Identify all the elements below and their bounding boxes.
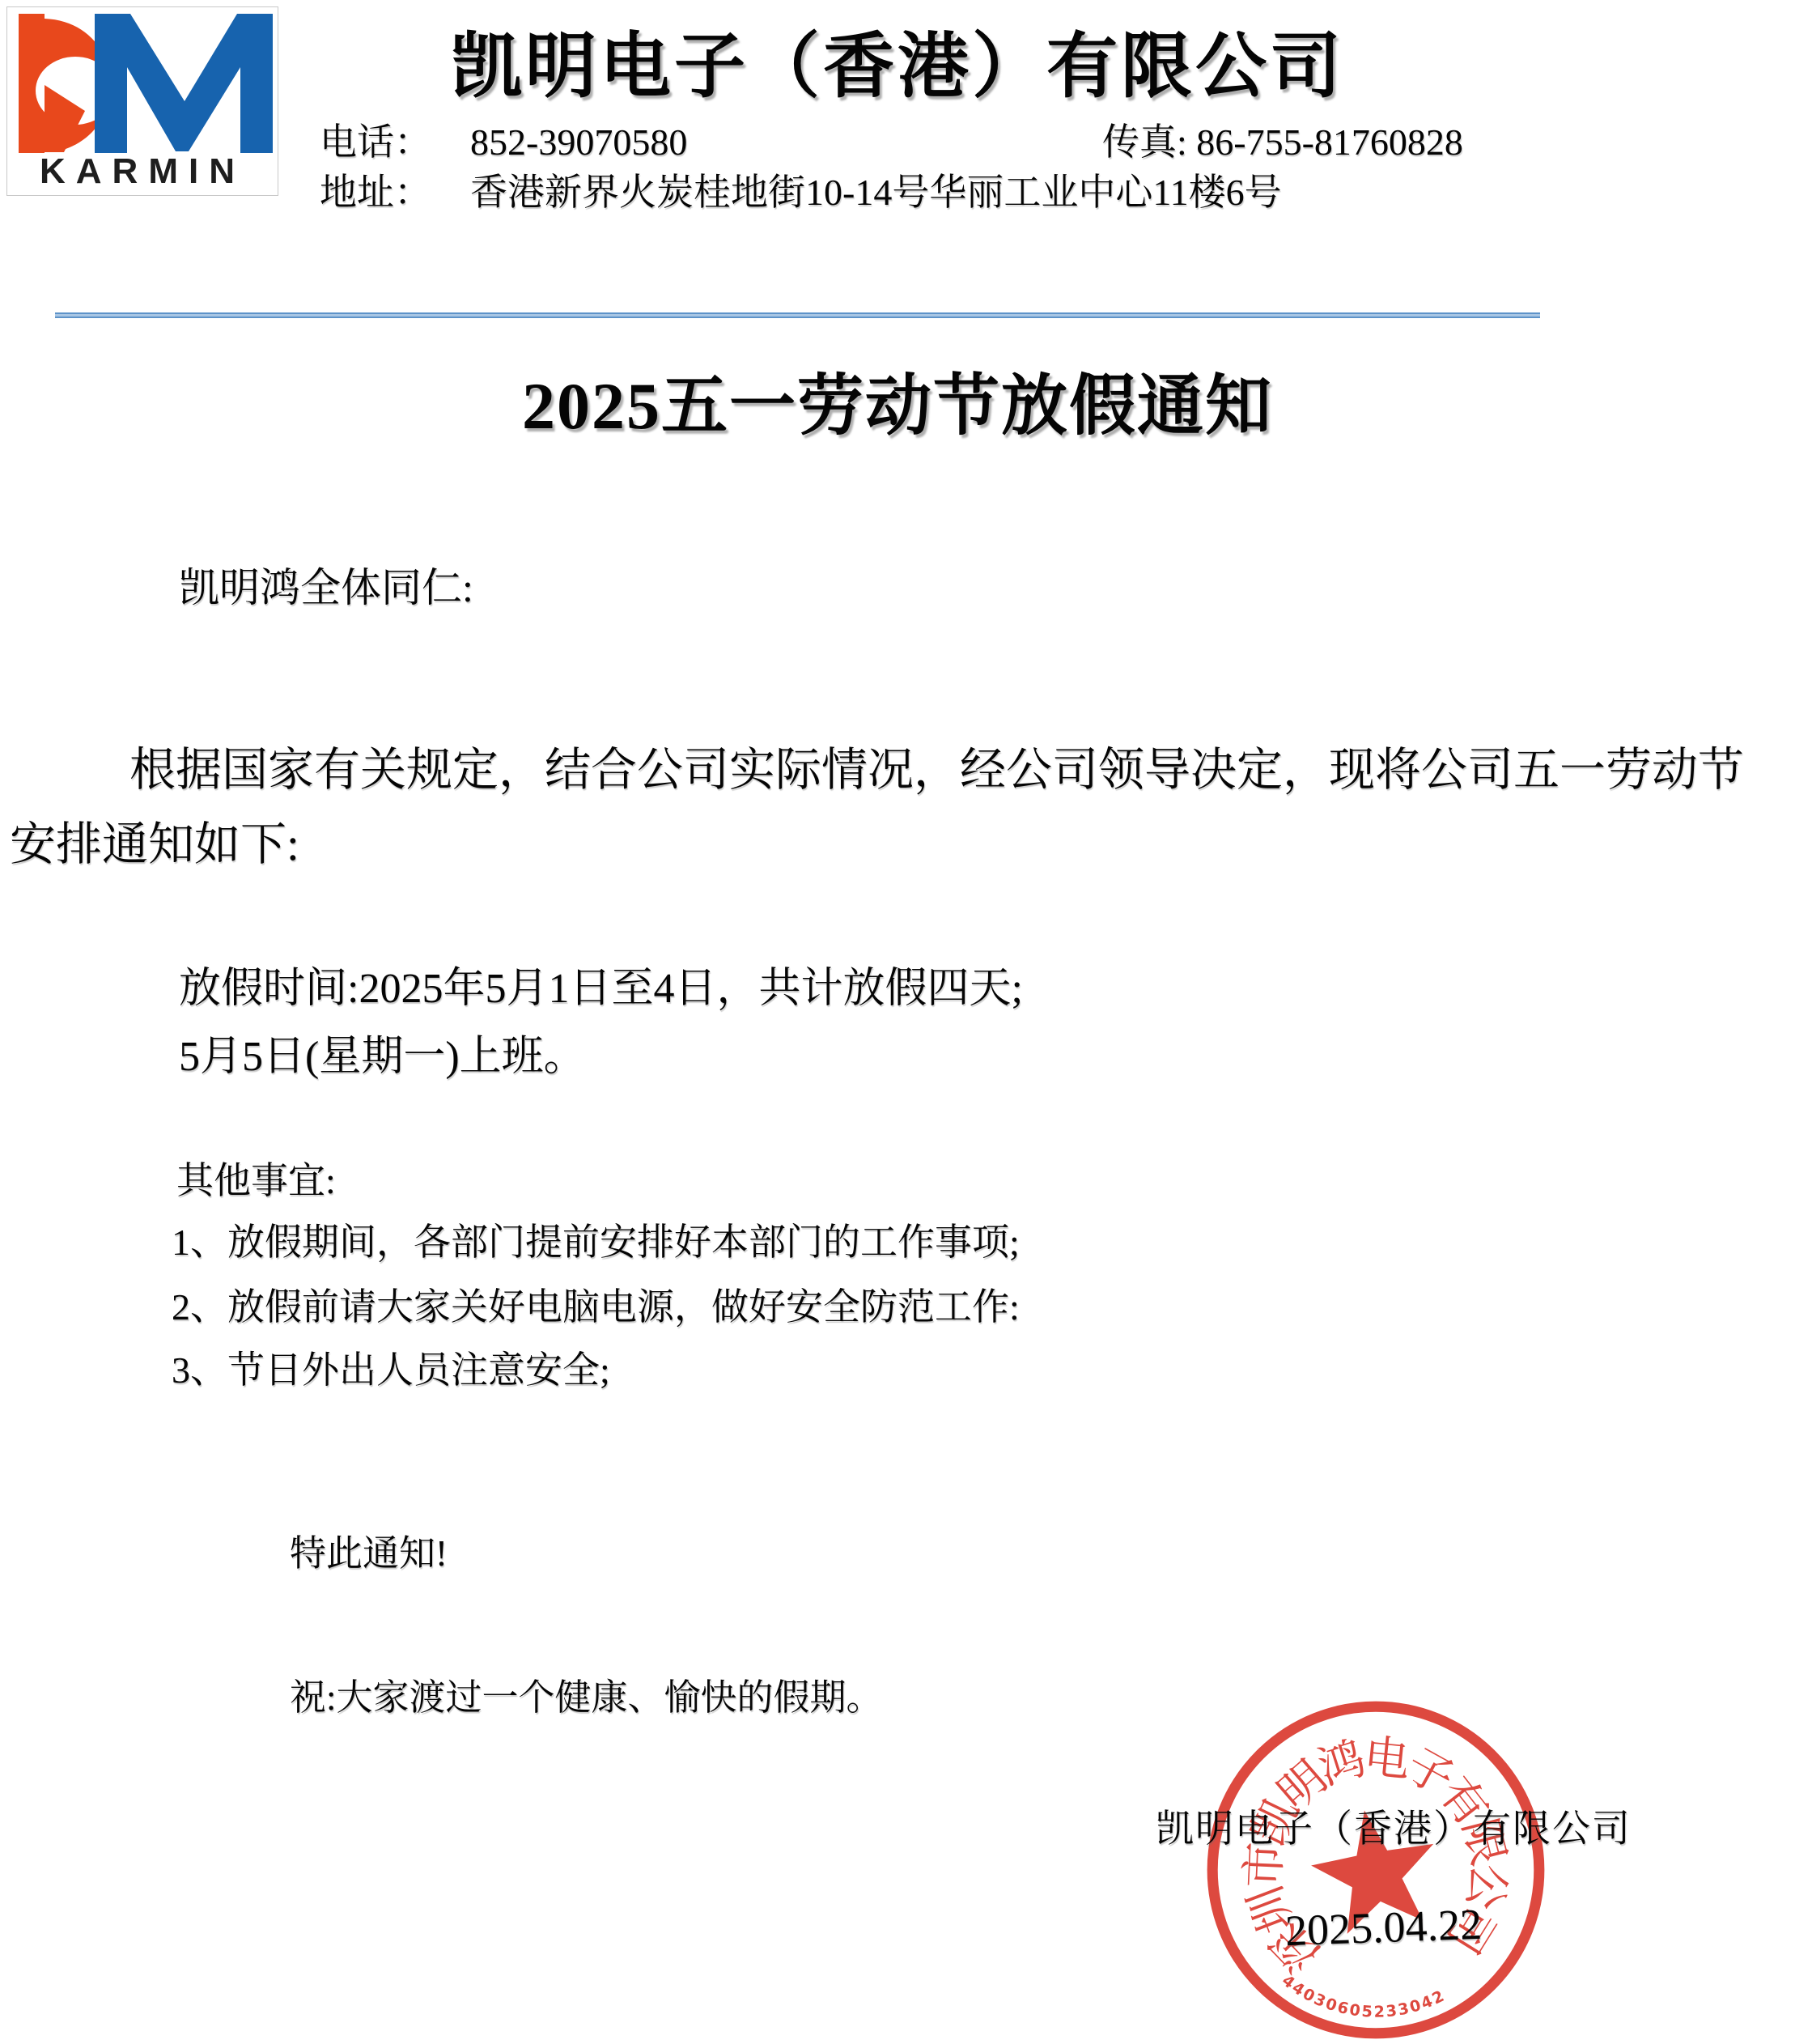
header-divider xyxy=(55,312,1540,318)
holiday-time-line: 放假时间:2025年5月1日至4日，共计放假四天; xyxy=(179,954,1023,1014)
document-title: 2025五一劳动节放假通知 xyxy=(0,353,1795,448)
signature-date: 2025.04.22 xyxy=(1284,1899,1483,1956)
address-value: 香港新界火炭桂地街10-14号华丽工业中心11楼6号 xyxy=(470,172,1282,213)
other-matters-item: 1、放假期间，各部门提前安排好本部门的工作事项; xyxy=(172,1213,1020,1266)
return-to-work-line: 5月5日(星期一)上班。 xyxy=(179,1022,586,1082)
other-matters-item: 3、节日外出人员注意安全; xyxy=(172,1341,610,1394)
seal-serial-digit: 0 xyxy=(1348,2000,1362,2021)
signature-company-name: 凯明电子（香港）有限公司 xyxy=(1156,1799,1632,1853)
phone-row: 电话：852-39070580 xyxy=(320,120,687,165)
address-label: 地址： xyxy=(320,172,431,213)
fax-label: 传真: xyxy=(1102,121,1187,163)
fax-value: 86-755-81760828 xyxy=(1196,121,1463,163)
logo-brand-text: KARMIN xyxy=(12,151,273,192)
paragraph-line: 安排通知如下: xyxy=(10,808,1787,882)
salutation: 凯明鸿全体同仁: xyxy=(179,555,473,614)
seal-serial-digit: 2 xyxy=(1373,2002,1385,2021)
company-seal: 深圳市凯明鸿电子有限公司44030605233042 xyxy=(1196,1690,1555,2044)
opening-paragraph: 根据国家有关规定，结合公司实际情况，经公司领导决定，现将公司五一劳动节 安排通知… xyxy=(10,733,1787,882)
other-matters-title: 其他事宜: xyxy=(176,1151,336,1205)
company-seal-icon: 深圳市凯明鸿电子有限公司44030605233042 xyxy=(1196,1690,1555,2044)
page: { "logo": { "brand_text": "KARMIN", "k_c… xyxy=(0,0,1795,2044)
hereby-notice-line: 特此通知! xyxy=(290,1523,448,1576)
paragraph-line: 根据国家有关规定，结合公司实际情况，经公司领导决定，现将公司五一劳动节 xyxy=(10,733,1787,808)
seal-serial-digit: 5 xyxy=(1361,2002,1373,2021)
fax-row: 传真: 86-755-81760828 xyxy=(1102,120,1463,165)
phone-value: 852-39070580 xyxy=(470,121,687,163)
address-row: 地址：香港新界火炭桂地街10-14号华丽工业中心11楼6号 xyxy=(320,170,1282,215)
company-name-title: 凯明电子（香港）有限公司 xyxy=(0,10,1795,112)
wish-line: 祝:大家渡过一个健康、愉快的假期。 xyxy=(290,1668,883,1720)
other-matters-item: 2、放假前请大家关好电脑电源，做好安全防范工作: xyxy=(172,1277,1020,1331)
phone-label: 电话： xyxy=(320,121,431,163)
seal-serial-digit: 3 xyxy=(1385,2001,1398,2021)
